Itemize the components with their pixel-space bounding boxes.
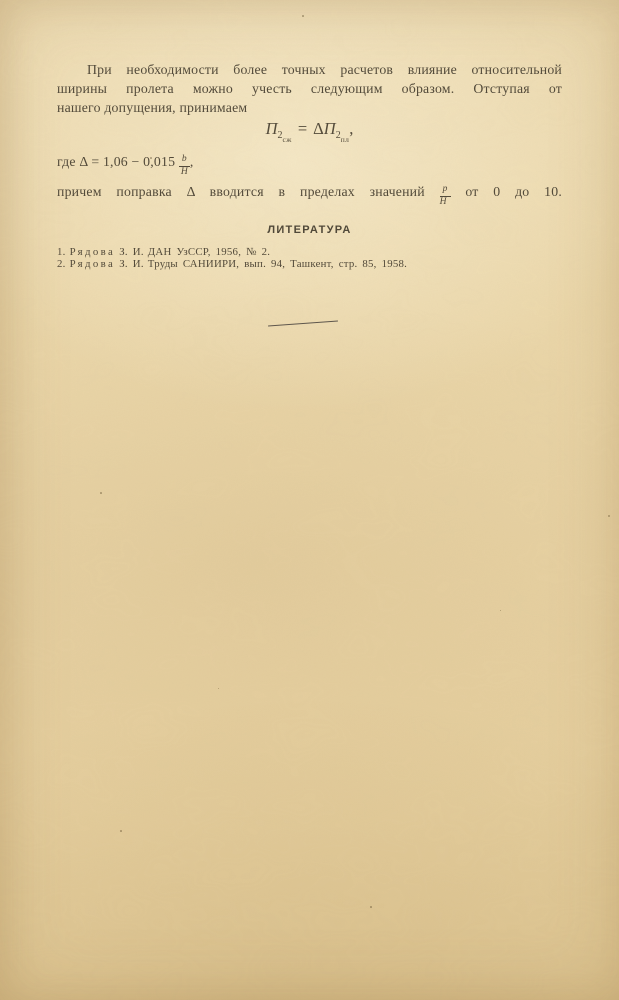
fraction-numerator: b	[179, 155, 190, 167]
delta-symbol: Δ	[313, 119, 324, 138]
equation-rhs-subsubscript: пл	[341, 135, 350, 144]
fraction-p-over-H: pH	[440, 185, 451, 208]
dust-speck	[100, 492, 102, 494]
dust-speck	[302, 15, 304, 17]
reference-author: Рядова	[70, 258, 116, 270]
delta-definition-text: где Δ = 1,06 − 0,015	[57, 154, 175, 169]
correction-range-tail: от 0 до 10.	[465, 184, 562, 199]
equation-lhs-subsubscript: сж	[283, 135, 292, 144]
reference-initials: З. И.	[119, 246, 144, 258]
reference-item: 2.РядоваЗ. И.Труды САНИИРИ, вып. 94, Таш…	[57, 259, 407, 271]
reference-source: ДАН УзССР, 1956, № 2.	[148, 246, 270, 258]
reference-initials: З. И.	[119, 258, 144, 270]
scanned-paper-page: При необходимости более точных расчетов …	[0, 0, 619, 1000]
dust-speck	[500, 610, 501, 611]
equals-sign: =	[292, 119, 313, 138]
fraction-denominator: H	[179, 167, 190, 178]
reference-number: 2.	[57, 258, 66, 270]
intro-paragraph: При необходимости более точных расчетов …	[57, 60, 562, 117]
fraction-denominator: H	[440, 197, 451, 208]
paper-grain-texture	[0, 0, 619, 1000]
equation-lhs-symbol: П	[266, 119, 278, 138]
paragraph-line: нашего допущения, принимаем	[57, 98, 562, 117]
reference-list: 1.РядоваЗ. И.ДАН УзССР, 1956, № 2. 2.Ряд…	[57, 247, 407, 270]
dust-speck	[608, 515, 610, 517]
equation-comma: ,	[349, 119, 353, 138]
dust-speck	[370, 906, 372, 908]
dust-speck	[120, 830, 122, 832]
equation-rhs-symbol: П	[324, 119, 336, 138]
dust-speck	[218, 688, 219, 689]
paragraph-line: При необходимости более точных расчетов …	[57, 60, 562, 79]
reference-number: 1.	[57, 246, 66, 258]
reference-author: Рядова	[70, 246, 116, 258]
reference-source: Труды САНИИРИ, вып. 94, Ташкент, стр. 85…	[148, 258, 407, 270]
literature-heading: ЛИТЕРАТУРА	[57, 224, 562, 236]
correction-range-line: причем поправка Δ вводится в пределах зн…	[57, 184, 562, 208]
end-divider-rule	[268, 321, 338, 327]
correction-range-text: причем поправка Δ вводится в пределах зн…	[57, 184, 425, 199]
paragraph-line: ширины пролета можно учесть следующим об…	[57, 79, 562, 98]
delta-definition-comma: ,	[190, 154, 194, 169]
delta-definition-line: где Δ = 1,06 − 0,015 bH,	[57, 154, 194, 178]
fraction-numerator: p	[440, 185, 451, 197]
fraction-b-over-H: bH	[179, 155, 190, 178]
equation-pi2: П2сж=ΔП2пл,	[57, 119, 562, 144]
